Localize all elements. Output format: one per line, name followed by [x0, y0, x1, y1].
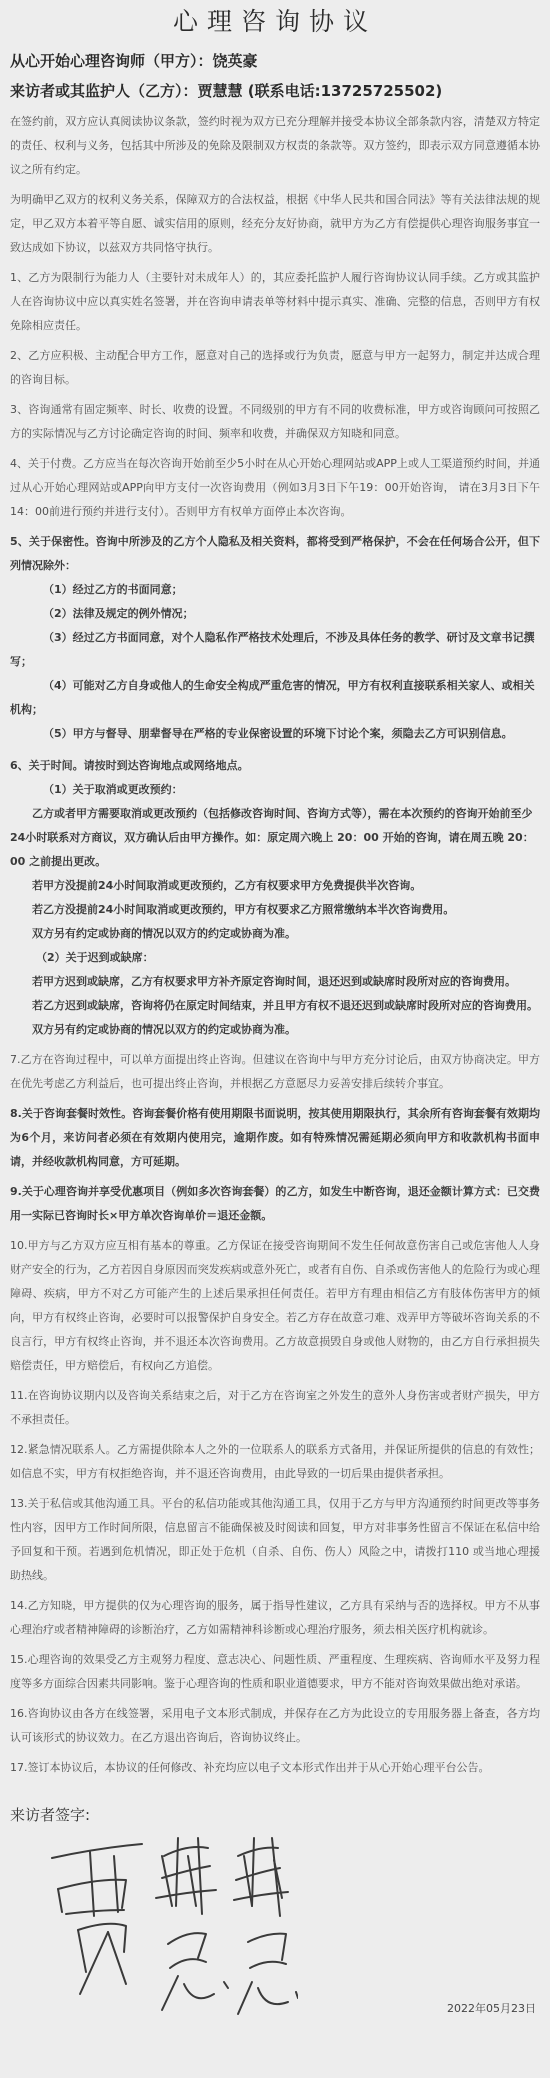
clause-5-item: （3）经过乙方书面同意，对个人隐私作严格技术处理后，不涉及具体任务的教学、研讨及… — [10, 626, 540, 674]
clause-17: 17.签订本协议后，本协议的任何修改、补充均应以电子文本形式作出并于从心开始心理… — [10, 1756, 540, 1780]
clause-6-sub1-body: 乙方或者甲方需要取消或更改预约（包括修改咨询时间、咨询方式等），需在本次预约的咨… — [10, 802, 540, 874]
clause-5-item: （2）法律及规定的例外情况； — [10, 602, 540, 626]
clause-6-sub1-title: （1）关于取消或更改预约： — [10, 778, 540, 802]
clause-16: 16.咨询协议由各方在线签署，采用电子文本形式制成，并保存在乙方为此设立的专用服… — [10, 1702, 540, 1750]
clause-12: 12.紧急情况联系人。乙方需提供除本人之外的一位联系人的联系方式备用，并保证所提… — [10, 1438, 540, 1486]
clause-13: 13.关于私信或其他沟通工具。平台的私信功能或其他沟通工具，仅用于乙方与甲方沟通… — [10, 1492, 540, 1588]
clause-6-sub2-a: 若甲方迟到或缺席，乙方有权要求甲方补齐原定咨询时间，退还迟到或缺席时段所对应的咨… — [10, 970, 540, 994]
clause-5-item: （5）甲方与督导、朋辈督导在严格的专业保密设置的环境下讨论个案，须隐去乙方可识别… — [10, 722, 540, 746]
clause-5-heading: 5、关于保密性。咨询中所涉及的乙方个人隐私及相关资料，都将受到严格保护，不会在任… — [10, 530, 540, 578]
clause-6-sub1-b: 若乙方没提前24小时间取消或更改预约，甲方有权要求乙方照常缴纳本半次咨询费用。 — [10, 898, 540, 922]
clause-8: 8.关于咨询套餐时效性。咨询套餐价格有使用期限书面说明，按其使用期限执行，其余所… — [10, 1102, 540, 1174]
clause-7: 7.乙方在咨询过程中，可以单方面提出终止咨询。但建议在咨询中与甲方充分讨论后，由… — [10, 1048, 540, 1096]
clause-11: 11.在咨询协议期内以及咨询关系结束之后，对于乙方在咨询室之外发生的意外人身伤害… — [10, 1384, 540, 1432]
clause-1: 1、乙方为限制行为能力人（主要针对未成年人）的，其应委托监护人履行咨询协议认同手… — [10, 266, 540, 338]
clause-6-sub1-c: 双方另有约定或协商的情况以双方的约定或协商为准。 — [10, 922, 540, 946]
clause-6-sub2-b: 若乙方迟到或缺席，咨询将仍在原定时间结束，并且甲方有权不退还迟到或缺席时段所对应… — [10, 994, 540, 1018]
intro-paragraph-2: 为明确甲乙双方的权利义务关系，保障双方的合法权益，根据《中华人民共和国合同法》等… — [10, 188, 540, 260]
party-b-line: 来访者或其监护人（乙方）：贾慧慧 (联系电话:13725725502) — [10, 76, 540, 106]
clause-9: 9.关于心理咨询并享受优惠项目（例如多次咨询套餐）的乙方，如发生中断咨询，退还金… — [10, 1180, 540, 1228]
clause-6: 6、关于时间。请按时到达咨询地点或网络地点。 （1）关于取消或更改预约： 乙方或… — [10, 754, 540, 1042]
clause-10: 10.甲方与乙方双方应互相有基本的尊重。乙方保证在接受咨询期间不发生任何故意伤害… — [10, 1234, 540, 1378]
clause-6-heading: 6、关于时间。请按时到达咨询地点或网络地点。 — [10, 754, 540, 778]
clause-6-sub2-c: 双方另有约定或协商的情况以双方的约定或协商为准。 — [10, 1018, 540, 1042]
clause-6-sub1-a: 若甲方没提前24小时间取消或更改预约，乙方有权要求甲方免费提供半次咨询。 — [10, 874, 540, 898]
clause-5-item: （1）经过乙方的书面同意； — [10, 578, 540, 602]
document-title: 心理咨询协议 — [10, 0, 540, 46]
clause-4: 4、关于付费。乙方应当在每次咨询开始前至少5小时在从心开始心理网站或APP上或人… — [10, 452, 540, 524]
agreement-document: 心理咨询协议 从心开始心理咨询师（甲方）：饶英豪 来访者或其监护人（乙方）：贾慧… — [0, 0, 550, 2024]
clause-2: 2、乙方应积极、主动配合甲方工作，愿意对自己的选择或行为负责，愿意与甲方一起努力… — [10, 344, 540, 392]
clause-5: 5、关于保密性。咨询中所涉及的乙方个人隐私及相关资料，都将受到严格保护，不会在任… — [10, 530, 540, 746]
clause-3: 3、咨询通常有固定频率、时长、收费的设置。不同级别的甲方有不同的收费标准，甲方或… — [10, 398, 540, 446]
clause-5-item: （4）可能对乙方自身或他人的生命安全构成严重危害的情况，甲方有权利直接联系相关家… — [10, 674, 540, 722]
clause-6-sub2-title: （2）关于迟到或缺席： — [10, 946, 540, 970]
party-a-line: 从心开始心理咨询师（甲方）：饶英豪 — [10, 46, 540, 76]
signature-date: 2022年05月23日 — [447, 2000, 536, 2016]
signature-label: 来访者签字: — [10, 1802, 540, 1828]
clause-14: 14.乙方知晓，甲方提供的仅为心理咨询的服务，属于指导性建议，乙方具有采纳与否的… — [10, 1594, 540, 1642]
clause-15: 15.心理咨询的效果受乙方主观努力程度、意志决心、问题性质、严重程度、生理疾病、… — [10, 1648, 540, 1696]
intro-paragraph-1: 在签约前，双方应认真阅读协议条款，签约时视为双方已充分理解并接受本协议全部条款内… — [10, 110, 540, 182]
handwritten-signature — [38, 1834, 298, 2024]
